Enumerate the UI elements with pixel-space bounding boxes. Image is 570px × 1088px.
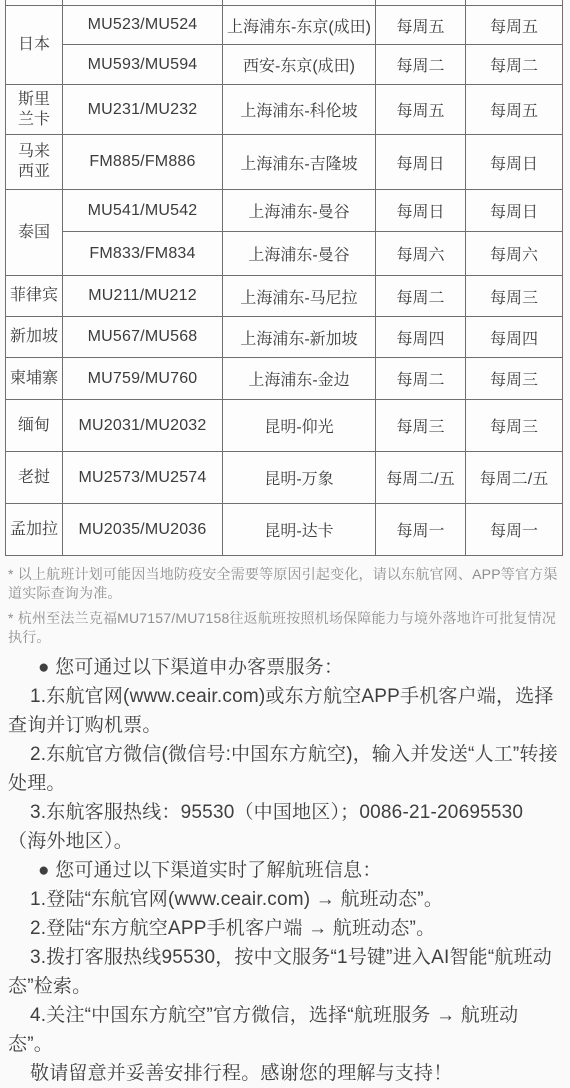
table-row: 日本MU523/MU524上海浦东-东京(成田)每周五每周五 (6, 6, 563, 45)
table-row: 泰国MU541/MU542上海浦东-曼谷每周日每周日 (6, 190, 563, 232)
outbound-day-cell: 每周二 (376, 276, 466, 317)
country-cell: 柬埔寨 (6, 358, 63, 400)
route-cell: 上海浦东-东京(成田) (223, 6, 376, 45)
table-row: 马来 西亚FM885/FM886上海浦东-吉隆坡每周日每周日 (6, 135, 563, 190)
route-cell: 上海浦东-马尼拉 (223, 276, 376, 317)
route-cell: 昆明-万象 (223, 452, 376, 504)
outbound-day-cell: 每周三 (376, 400, 466, 452)
route-cell: 上海浦东-吉隆坡 (223, 135, 376, 190)
return-day-cell: 每周四 (466, 317, 563, 358)
return-day-cell: 每周三 (466, 276, 563, 317)
body-paragraph: 1.东航官网(www.ceair.com)或东方航空APP手机客户端，选择查询并… (8, 682, 560, 740)
country-cell: 孟加拉 (6, 504, 63, 556)
flight-number-cell: MU2035/MU2036 (63, 504, 223, 556)
outbound-day-cell: 每周日 (376, 135, 466, 190)
table-row: FM833/FM834上海浦东-曼谷每周六每周六 (6, 232, 563, 276)
body-paragraph: 3.拨打客服热线95530，按中文服务“1号键”进入AI智能“航班动态”检索。 (8, 943, 560, 1001)
footnote: * 杭州至法兰克福MU7157/MU7158往返航班按照机场保障能力与境外落地许… (8, 609, 560, 647)
section-heading: ● 您可通过以下渠道实时了解航班信息： (8, 856, 560, 885)
return-day-cell: 每周五 (466, 6, 563, 45)
return-day-cell: 每周三 (466, 358, 563, 400)
outbound-day-cell: 每周日 (376, 190, 466, 232)
outbound-day-cell: 每周一 (376, 504, 466, 556)
table-row: 斯里 兰卡MU231/MU232上海浦东-科伦坡每周五每周五 (6, 85, 563, 135)
country-cell: 日本 (6, 6, 63, 85)
route-cell: 昆明-达卡 (223, 504, 376, 556)
body-paragraph: 3.东航客服热线：95530（中国地区）；0086-21-20695530（海外… (8, 798, 560, 856)
table-row: 柬埔寨MU759/MU760上海浦东-金边每周二每周三 (6, 358, 563, 400)
return-day-cell: 每周二 (466, 45, 563, 85)
return-day-cell: 每周五 (466, 85, 563, 135)
body-paragraph: 2.东航官方微信(微信号:中国东方航空)，输入并发送“人工”转接处理。 (8, 740, 560, 798)
flight-number-cell: MU2573/MU2574 (63, 452, 223, 504)
footnote: * 以上航班计划可能因当地防疫安全需要等原因引起变化，请以东航官网、APP等官方… (8, 565, 560, 603)
return-day-cell: 每周日 (466, 190, 563, 232)
return-day-cell: 每周六 (466, 232, 563, 276)
outbound-day-cell: 每周五 (376, 85, 466, 135)
flight-notice-page: 日本MU523/MU524上海浦东-东京(成田)每周五每周五MU593/MU59… (0, 0, 570, 1088)
table-row: 缅甸MU2031/MU2032昆明-仰光每周三每周三 (6, 400, 563, 452)
return-day-cell: 每周三 (466, 400, 563, 452)
outbound-day-cell: 每周四 (376, 317, 466, 358)
flight-schedule-table: 日本MU523/MU524上海浦东-东京(成田)每周五每周五MU593/MU59… (5, 0, 563, 556)
country-cell: 菲律宾 (6, 276, 63, 317)
footnotes-section: * 以上航班计划可能因当地防疫安全需要等原因引起变化，请以东航官网、APP等官方… (8, 565, 560, 647)
table-row: 孟加拉MU2035/MU2036昆明-达卡每周一每周一 (6, 504, 563, 556)
country-cell: 马来 西亚 (6, 135, 63, 190)
outbound-day-cell: 每周六 (376, 232, 466, 276)
outbound-day-cell: 每周二/五 (376, 452, 466, 504)
table-row: MU593/MU594西安-东京(成田)每周二每周二 (6, 45, 563, 85)
return-day-cell: 每周日 (466, 135, 563, 190)
table-row: 老挝MU2573/MU2574昆明-万象每周二/五每周二/五 (6, 452, 563, 504)
country-cell: 泰国 (6, 190, 63, 276)
outbound-day-cell: 每周二 (376, 358, 466, 400)
flight-number-cell: MU541/MU542 (63, 190, 223, 232)
body-paragraph: 2.登陆“东方航空APP手机客户端 → 航班动态”。 (8, 914, 560, 943)
table-row: 新加坡MU567/MU568上海浦东-新加坡每周四每周四 (6, 317, 563, 358)
flight-number-cell: MU231/MU232 (63, 85, 223, 135)
country-cell: 新加坡 (6, 317, 63, 358)
country-cell: 老挝 (6, 452, 63, 504)
route-cell: 上海浦东-新加坡 (223, 317, 376, 358)
return-day-cell: 每周二/五 (466, 452, 563, 504)
flight-number-cell: FM885/FM886 (63, 135, 223, 190)
flight-number-cell: MU211/MU212 (63, 276, 223, 317)
flight-number-cell: MU593/MU594 (63, 45, 223, 85)
country-cell: 缅甸 (6, 400, 63, 452)
route-cell: 西安-东京(成田) (223, 45, 376, 85)
flight-number-cell: MU759/MU760 (63, 358, 223, 400)
route-cell: 上海浦东-曼谷 (223, 232, 376, 276)
route-cell: 上海浦东-金边 (223, 358, 376, 400)
flight-number-cell: FM833/FM834 (63, 232, 223, 276)
table-row: 菲律宾MU211/MU212上海浦东-马尼拉每周二每周三 (6, 276, 563, 317)
service-info-section: ● 您可通过以下渠道申办客票服务：1.东航官网(www.ceair.com)或东… (8, 653, 560, 1088)
outbound-day-cell: 每周二 (376, 45, 466, 85)
section-heading: ● 您可通过以下渠道申办客票服务： (8, 653, 560, 682)
route-cell: 上海浦东-曼谷 (223, 190, 376, 232)
route-cell: 上海浦东-科伦坡 (223, 85, 376, 135)
country-cell: 斯里 兰卡 (6, 85, 63, 135)
body-paragraph: 1.登陆“东航官网(www.ceair.com) → 航班动态”。 (8, 885, 560, 914)
body-paragraph: 敬请留意并妥善安排行程。感谢您的理解与支持！ (8, 1059, 560, 1088)
route-cell: 昆明-仰光 (223, 400, 376, 452)
flight-number-cell: MU523/MU524 (63, 6, 223, 45)
flight-number-cell: MU567/MU568 (63, 317, 223, 358)
return-day-cell: 每周一 (466, 504, 563, 556)
flight-number-cell: MU2031/MU2032 (63, 400, 223, 452)
body-paragraph: 4.关注“中国东方航空”官方微信，选择“航班服务 → 航班动态”。 (8, 1001, 560, 1059)
outbound-day-cell: 每周五 (376, 6, 466, 45)
